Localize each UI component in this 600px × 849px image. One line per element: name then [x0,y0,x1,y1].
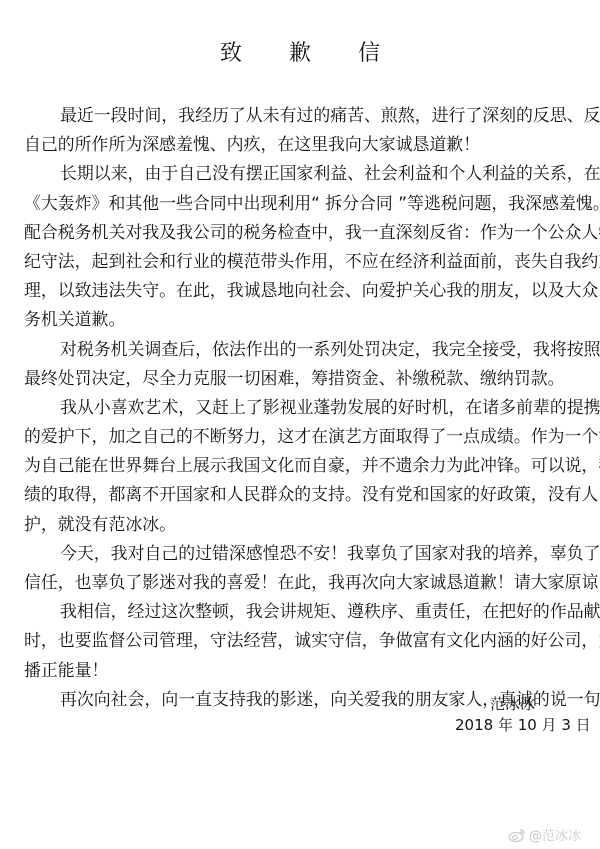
weibo-watermark: @范冰冰 [508,825,581,844]
letter-line: 护，就没有范冰冰。 [24,510,584,539]
letter-line: 务机关道歉。 [24,305,584,334]
signature-name: 范冰冰 [490,693,600,714]
letter-line: 理，以致违法失守。在此，我诚恳地向社会、向爱护关心我的朋友，以及大众，向国家税 [24,276,584,305]
watermark-text: @范冰冰 [529,825,581,844]
letter-line: 最终处罚决定，尽全力克服一切困难，筹措资金、补缴税款、缴纳罚款。 [24,364,584,393]
letter-line: 绩的取得，都离不开国家和人民群众的支持。没有党和国家的好政策，没有人民群众的爱 [24,480,584,509]
letter-line: 信任，也辜负了影迷对我的喜爱！在此，我再次向大家诚恳道歉！请大家原谅！ [24,568,584,597]
letter-line: 时，也要监督公司管理，守法经营，诚实守信，争做富有文化内涵的好公司，为全社会传 [24,626,584,655]
letter-line: 纪守法，起到社会和行业的模范带头作用，不应在经济利益面前，丧失自我约束，放松管 [24,247,584,276]
signature-date: 2018 年 10 月 3 日 [455,714,600,735]
letter-line: 《大轰炸》和其他一些合同中出现利用“ 拆分合同 ”等逃税问题，我深感羞愧。这些天… [24,189,584,218]
letter-line: 最近一段时间，我经历了从未有过的痛苦、煎熬，进行了深刻的反思、反省，我对 [24,101,584,130]
letter-line: 我从小喜欢艺术，又赶上了影视业蓬勃发展的好时机，在诸多前辈的提携和观众朋友 [24,393,584,422]
letter-line: 今天，我对自己的过错深感惶恐不安！我辜负了国家对我的培养，辜负了社会对我的 [24,539,584,568]
letter-line: 对税务机关调查后，依法作出的一系列处罚决定，我完全接受，我将按照税务部门的 [24,335,584,364]
letter-line: 为自己能在世界舞台上展示我国文化而自豪，并不遗余力为此冲锋。可以说，我每一点成 [24,451,584,480]
letter-line: 我相信，经过这次整顿，我会讲规矩、遵秩序、重责任，在把好的作品献给大家的同 [24,597,584,626]
weibo-icon [508,828,526,842]
letter-line: 配合税务机关对我及我公司的税务检查中，我一直深刻反省：作为一个公众人物，应该遵 [24,218,584,247]
letter-line: 播正能量！ [24,656,584,685]
letter-line: 自己的所作所为深感羞愧、内疚，在这里我向大家诚恳道歉！ [24,130,584,159]
letter-body: 最近一段时间，我经历了从未有过的痛苦、煎熬，进行了深刻的反思、反省，我对自己的所… [24,101,584,714]
letter-line: 长期以来，由于自己没有摆正国家利益、社会利益和个人利益的关系，在影片 [24,159,584,188]
letter-line: 的爱护下，加之自己的不断努力，这才在演艺方面取得了一点成绩。作为一个演员，我常 [24,422,584,451]
letter-title: 致 歉 信 [0,36,600,67]
